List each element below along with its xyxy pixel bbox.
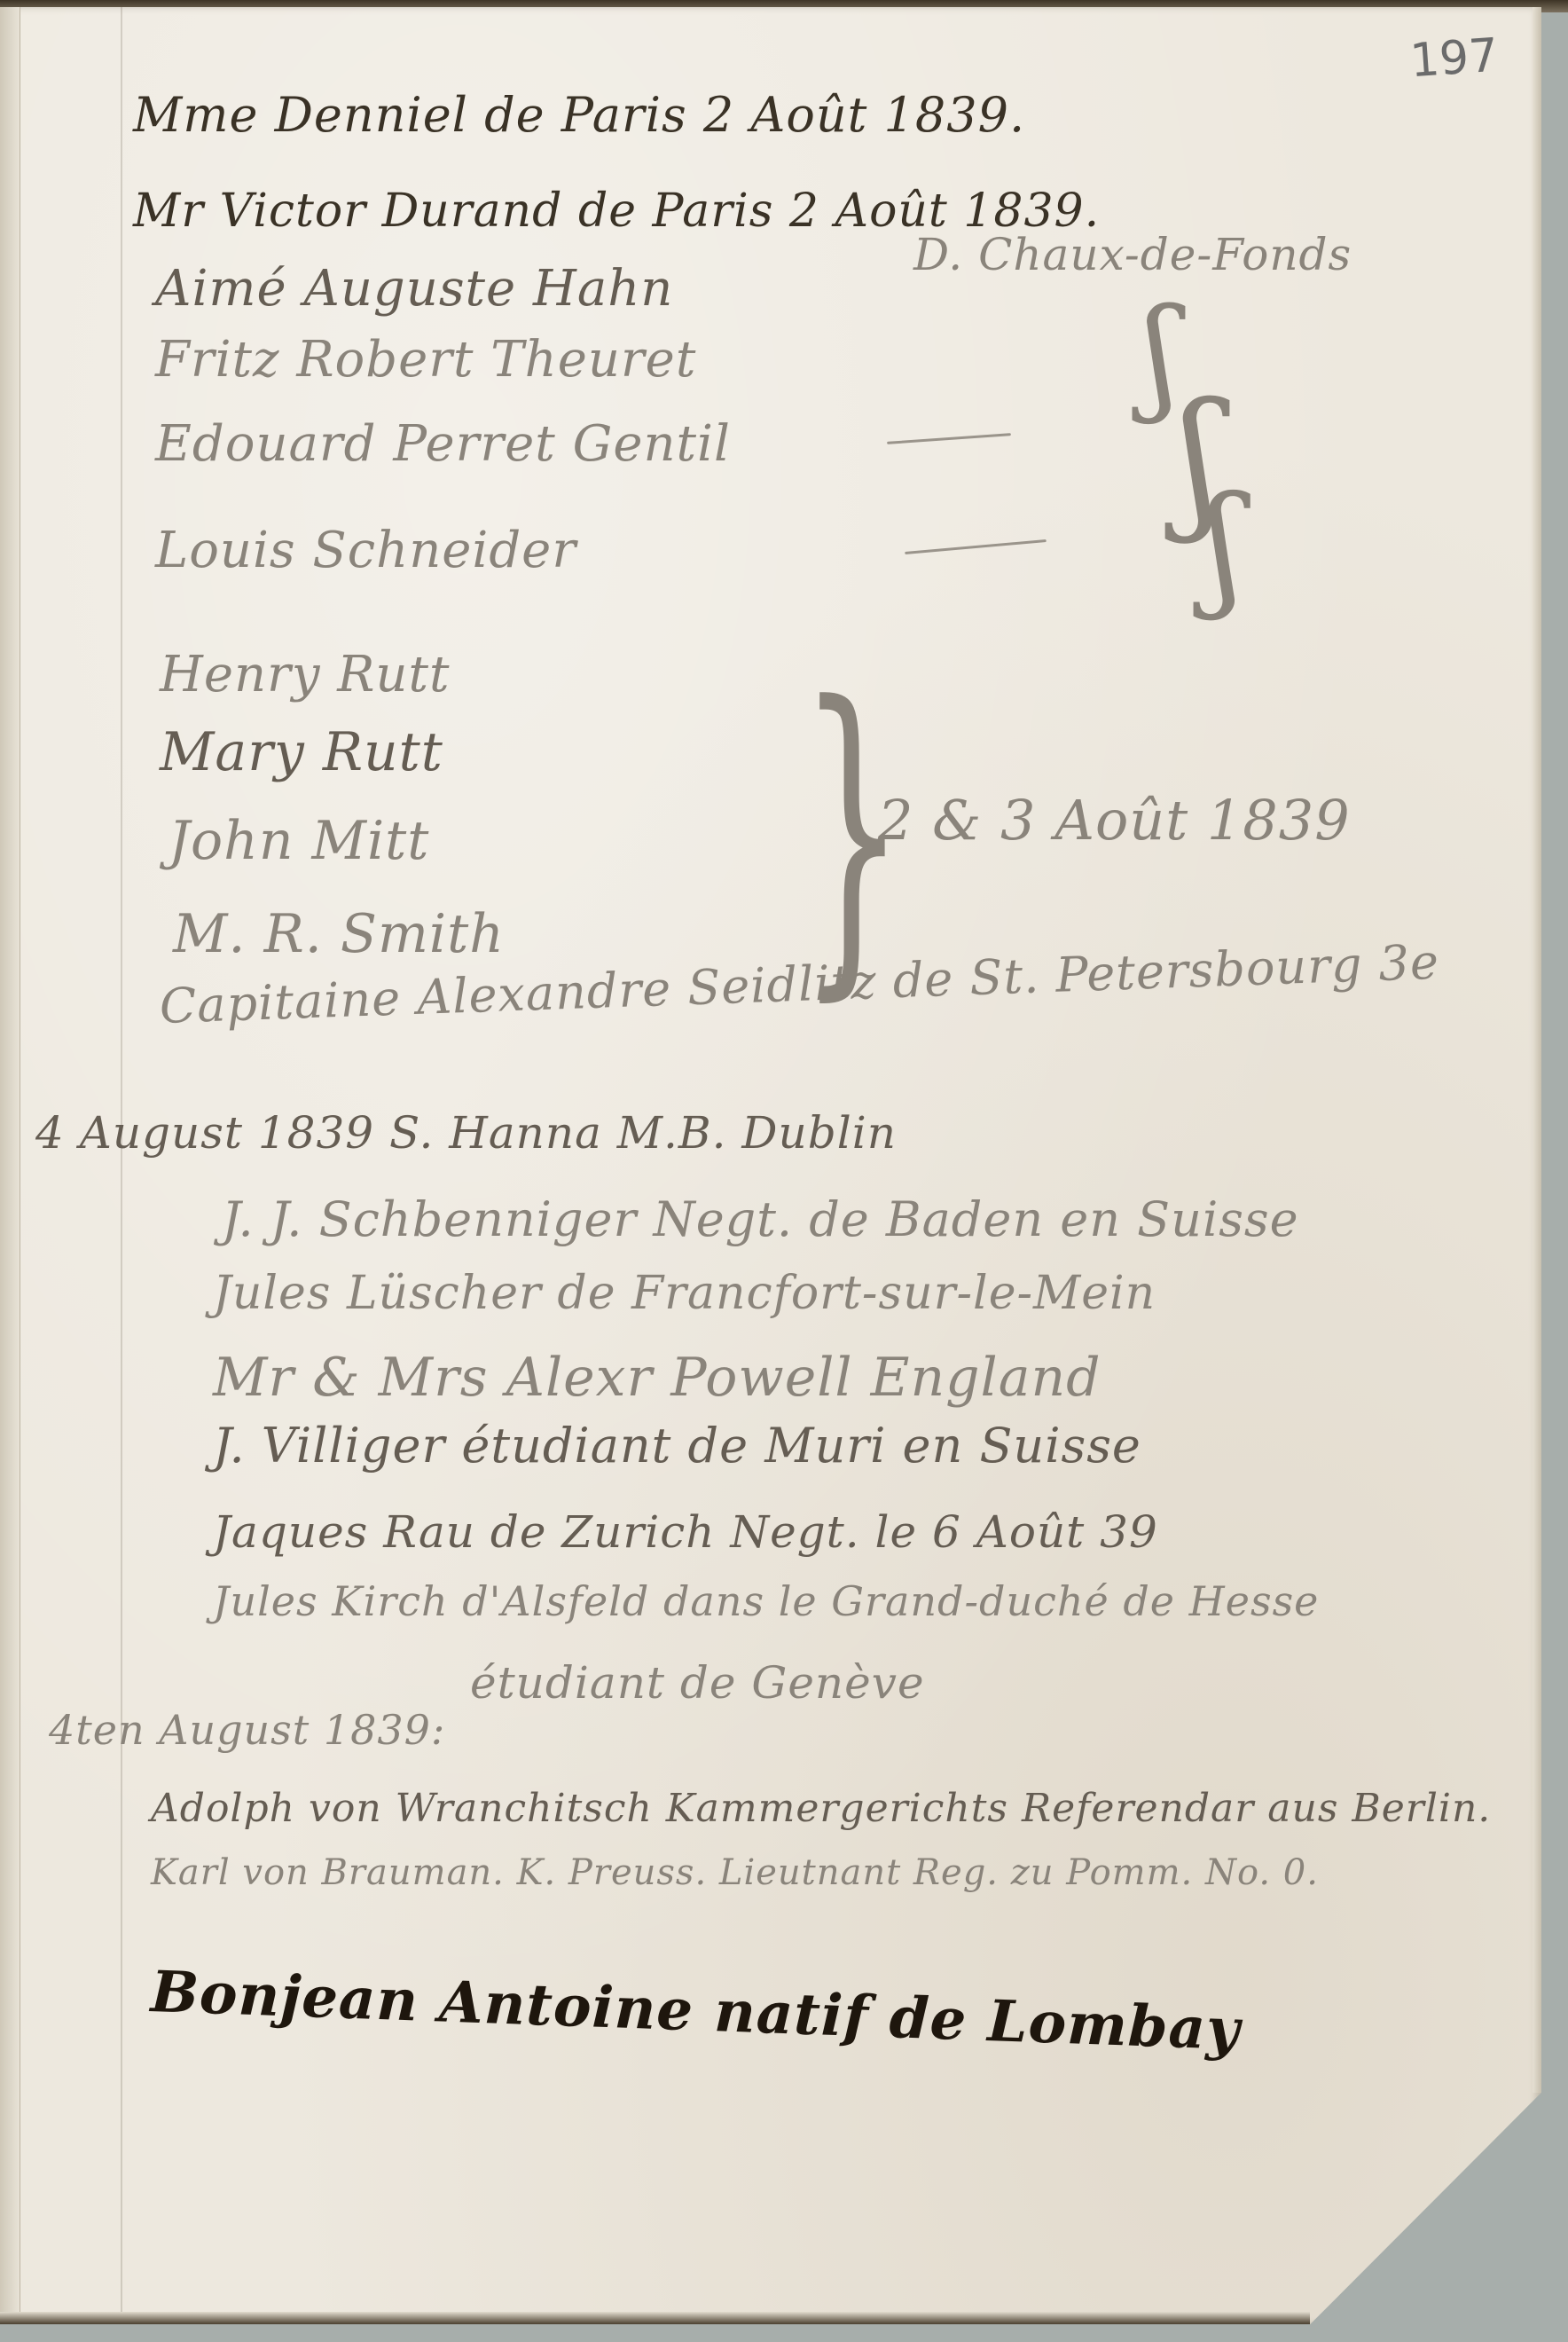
page-right-edge [1533, 7, 1541, 2093]
group-name: Henry Rutt [160, 646, 451, 703]
page-left-edge [0, 7, 20, 2324]
group-name: M. R. Smith [173, 903, 505, 965]
entry-annotation: D. Chaux-de-Fonds [913, 229, 1352, 280]
entry-line: Karl von Brauman. K. Preuss. Lieutnant R… [151, 1852, 1319, 1893]
dash-mark [887, 433, 1011, 444]
entry-line: Jules Kirch d'Alsfeld dans le Grand-duch… [213, 1577, 1319, 1625]
entry-line: Mr & Mrs Alexr Powell England [213, 1347, 1102, 1409]
scanned-page-background: 197 Mme Denniel de Paris 2 Août 1839. Mr… [0, 0, 1568, 2342]
dash-mark [905, 539, 1047, 554]
margin-fold-line [121, 7, 122, 2314]
entry-line: étudiant de Genève [470, 1657, 925, 1709]
entry-line: Adolph von Wranchitsch Kammergerichts Re… [151, 1786, 1491, 1831]
entry-line: Edouard Perret Gentil [155, 415, 731, 473]
entry-line: Louis Schneider [155, 522, 576, 579]
section-date: 4ten August 1839: [49, 1706, 445, 1754]
entry-line: Jaques Rau de Zurich Negt. le 6 Août 39 [213, 1506, 1158, 1558]
group-date: 2 & 3 Août 1839 [878, 788, 1351, 853]
entry-line: J. Villiger étudiant de Muri en Suisse [213, 1418, 1141, 1474]
manuscript-page: 197 Mme Denniel de Paris 2 Août 1839. Mr… [0, 7, 1541, 2324]
signature: Bonjean Antoine natif de Lombay [150, 1959, 1242, 2063]
entry-line: Mme Denniel de Paris 2 Août 1839. [133, 87, 1025, 143]
page-bottom-edge [0, 2312, 1310, 2324]
ditto-mark: ʃ [1206, 468, 1243, 623]
group-name: John Mitt [169, 810, 429, 872]
entry-line: Jules Lüscher de Francfort-sur-le-Mein [213, 1267, 1156, 1320]
entry-line: J. J. Schbenniger Negt. de Baden en Suis… [222, 1191, 1299, 1247]
folio-number: 197 [1408, 29, 1500, 89]
ditto-mark: ʃ [1144, 282, 1178, 427]
entry-line: 4 August 1839 S. Hanna M.B. Dublin [35, 1107, 897, 1159]
group-name: Mary Rutt [160, 721, 443, 783]
entry-line: Aimé Auguste Hahn [155, 260, 673, 318]
entry-line: Fritz Robert Theuret [155, 331, 696, 389]
